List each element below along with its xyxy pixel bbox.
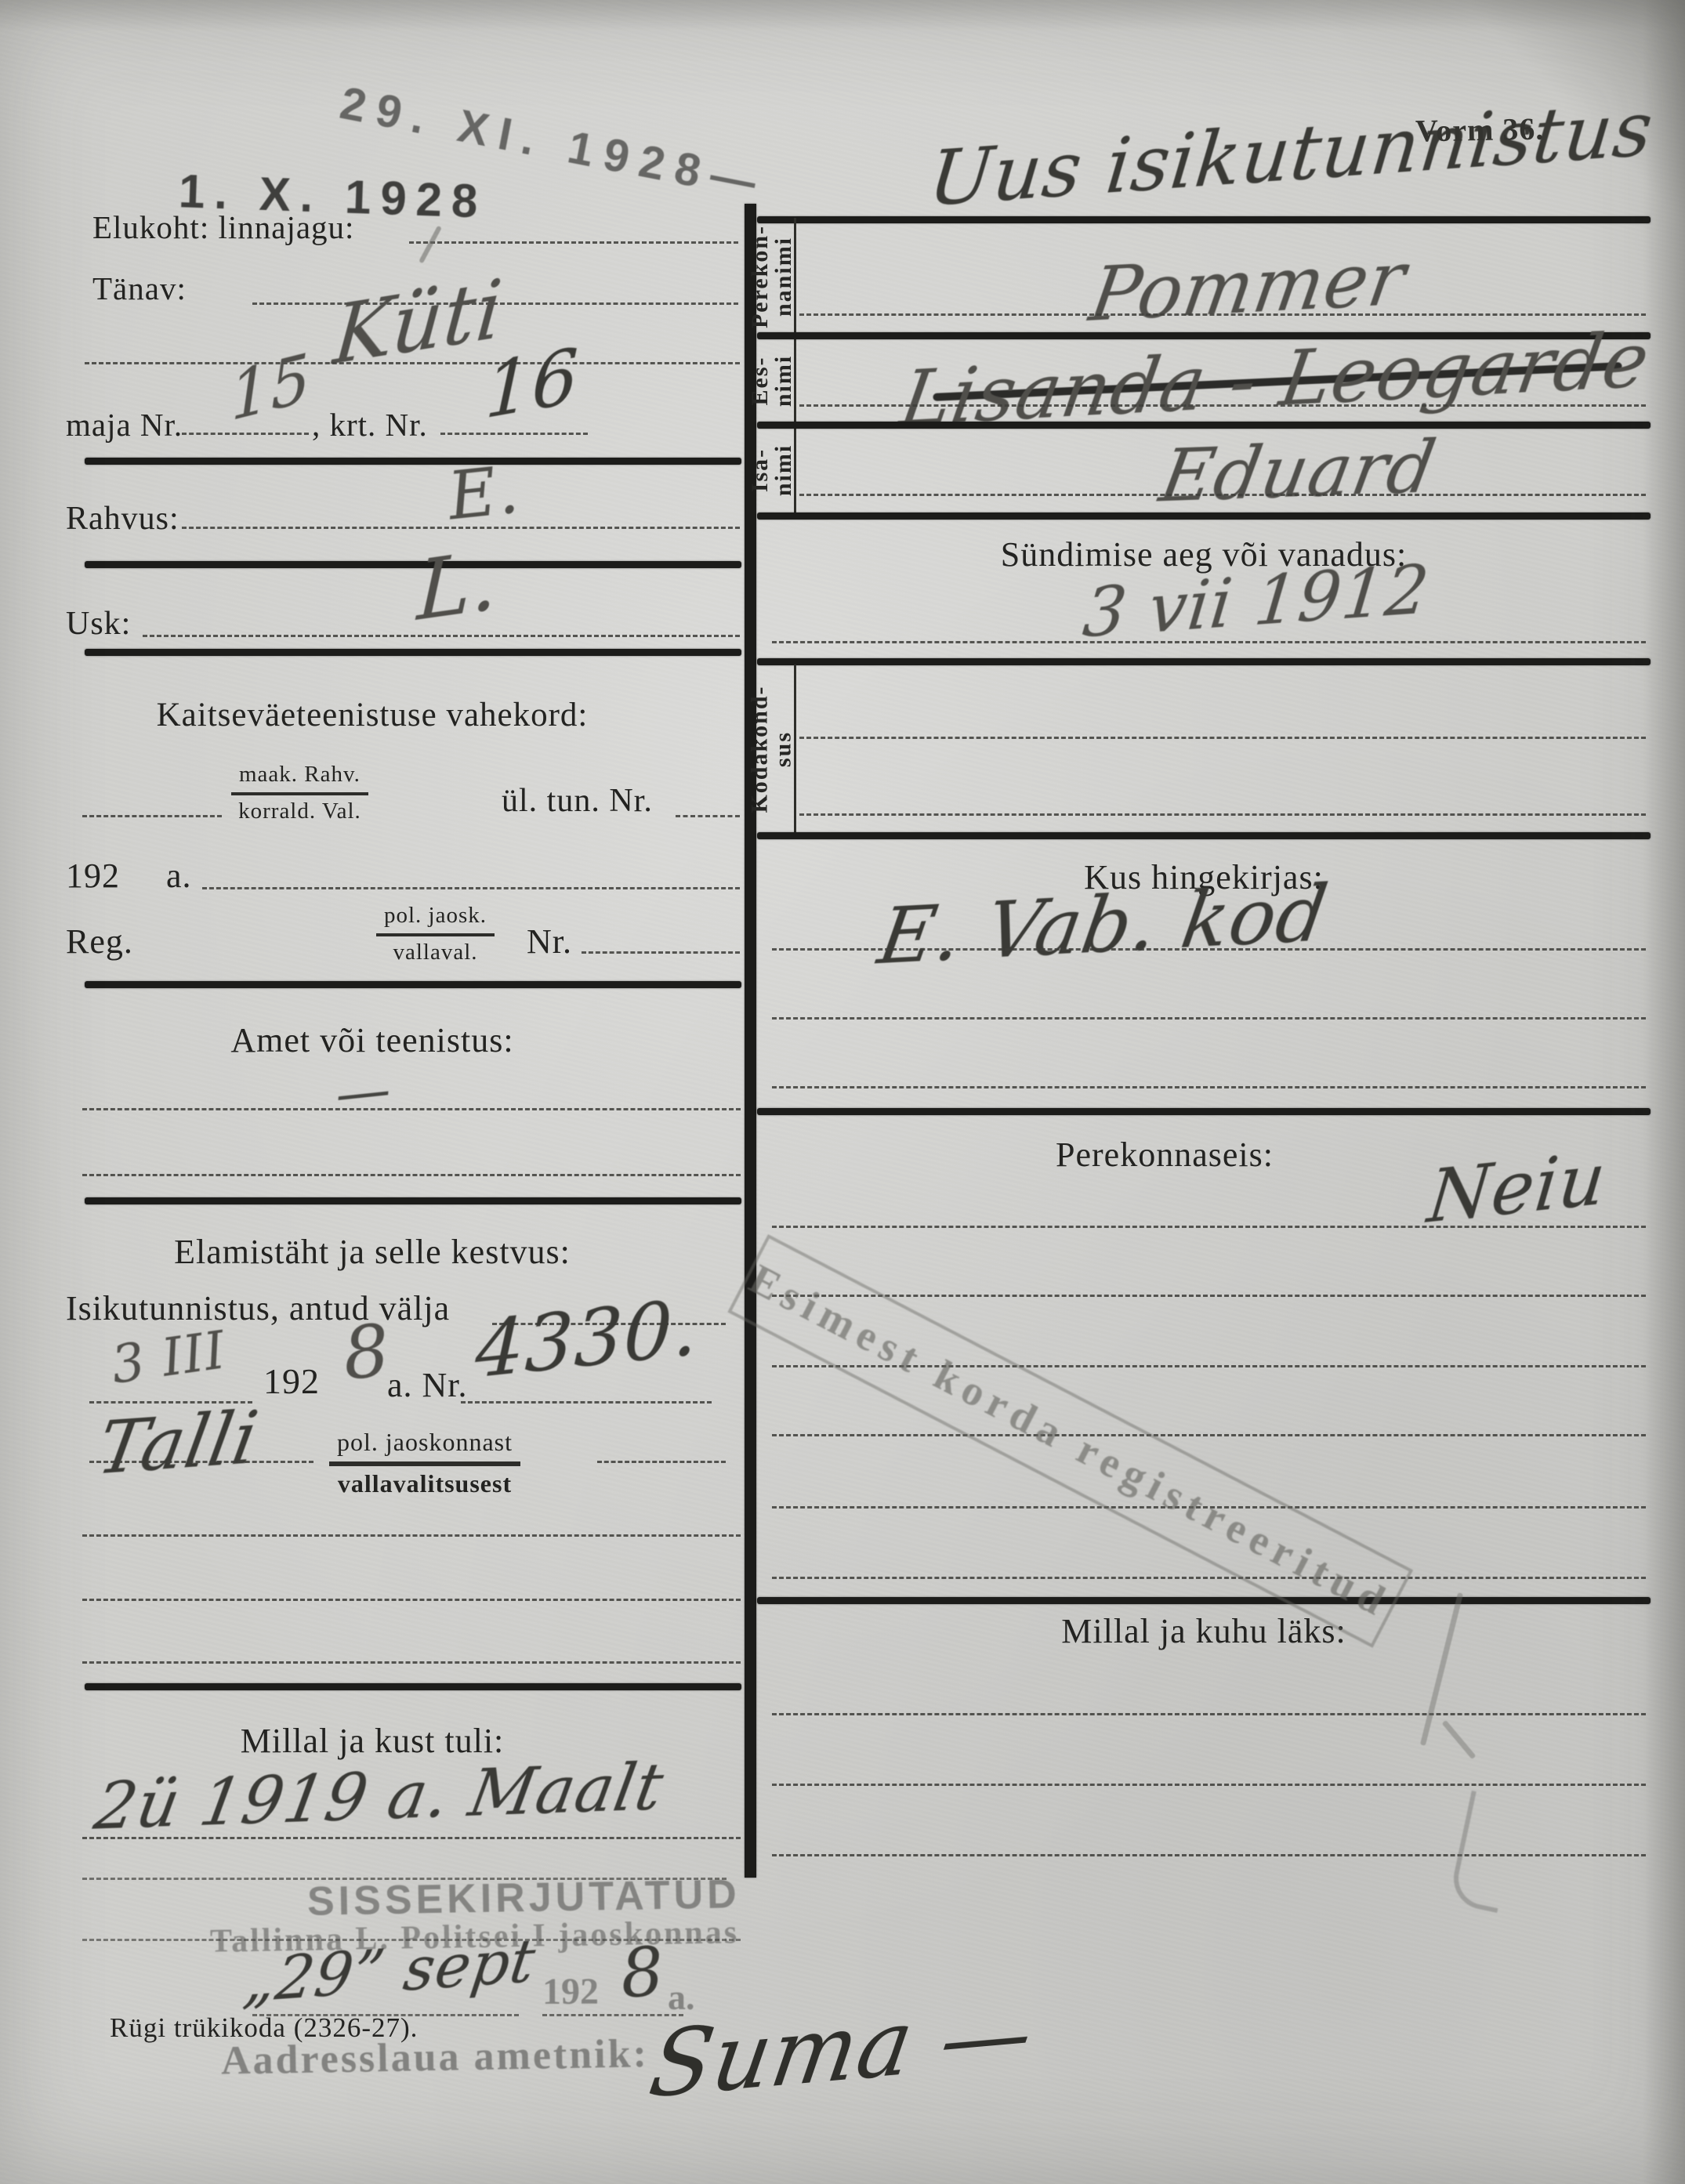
reg-8-value: 8 [618, 1932, 668, 2014]
tanav-value: Küti [330, 261, 506, 383]
eesnimi-label: Ees- nimi [748, 355, 795, 407]
divider [85, 1683, 741, 1690]
divider [757, 1108, 1651, 1115]
form-number: Vorm 36. [1415, 110, 1545, 150]
pol-jaosk-label: pol. jaosk. [376, 903, 495, 936]
rahvus-label: Rahvus: [66, 500, 179, 538]
ul-tun-nr-label: ül. tun. Nr. [502, 782, 653, 820]
perekonnaseis-line [772, 1226, 1646, 1228]
pol-jaoskonnast-fraction: pol. jaoskonnast vallavalitsusest [329, 1428, 520, 1498]
issued-place-line [89, 1461, 313, 1463]
ul-tun-nr-line [676, 815, 740, 817]
label-separator [794, 665, 796, 834]
kodakondsus-line-1 [799, 737, 1646, 739]
divider [85, 649, 741, 656]
pol-jaosk-fraction: pol. jaosk. vallaval. [376, 903, 495, 965]
blank-line [772, 1784, 1646, 1786]
divider [757, 422, 1651, 429]
amet-line-1 [82, 1108, 741, 1110]
divider [85, 458, 741, 465]
kaitse-line-left [82, 815, 222, 817]
divider [85, 561, 741, 568]
isikutunnistus-label: Isikutunnistus, antud välja [66, 1288, 450, 1328]
scanned-form-page: 29. XI. 1928— 1. X. 1928 Uus isikutunnis… [0, 0, 1685, 2184]
diagonal-stamp-text: Esimest korda registreeritud [742, 1255, 1399, 1628]
issued-192-label: 192 [263, 1360, 320, 1402]
issued-nr-value: 4330. [474, 1283, 700, 1396]
blank-line [772, 1854, 1646, 1856]
year-line [202, 887, 740, 889]
reg-192-label: 192 [542, 1970, 599, 2013]
kaitse-heading: Kaitseväeteenistuse vahekord: [82, 696, 662, 734]
blank-line [772, 1086, 1646, 1088]
amet-line-2 [82, 1174, 741, 1176]
divider [85, 1197, 741, 1204]
isanimi-label: Isa- nimi [748, 444, 795, 496]
sundimine-line [772, 641, 1646, 643]
pencil-check-mark-2 [1442, 1720, 1477, 1759]
reg-label: Reg. [66, 922, 133, 962]
usk-value: L. [415, 531, 499, 639]
blank-line [772, 1295, 1646, 1297]
elukoht-label: Elukoht: linnajagu: [92, 208, 354, 246]
issued-8-value: 8 [339, 1309, 393, 1396]
krt-nr-label: , krt. Nr. [312, 406, 428, 444]
blank-line [772, 1434, 1646, 1436]
tanav-label: Tänav: [92, 270, 187, 307]
blank-line [82, 1599, 741, 1601]
pencil-slash-mark [419, 226, 442, 264]
krt-nr-value: 16 [484, 332, 581, 436]
kodakondsus-line-2 [799, 813, 1646, 816]
blank-line [772, 1713, 1646, 1715]
maja-nr-value: 15 [229, 340, 313, 436]
maja-nr-label: maja Nr. [66, 406, 183, 444]
divider [757, 512, 1651, 520]
krt-nr-line [440, 433, 588, 435]
vallaval-label: vallaval. [376, 936, 495, 965]
issued-day-value: 3 III [107, 1320, 229, 1396]
perekonnanimi-label-box: Perekon- nanimi [751, 221, 793, 332]
kodakondsus-label: Kodakond- sus [748, 685, 795, 813]
issued-nr-line [461, 1401, 712, 1403]
elukoht-line [409, 241, 738, 244]
year-192-label: 192 [66, 856, 120, 896]
kus-hingekirjas-line [772, 948, 1646, 951]
perekonnanimi-value: Pommer [1085, 236, 1412, 339]
isanimi-label-box: Isa- nimi [751, 428, 793, 512]
millal-tuli-line [82, 1837, 741, 1839]
divider [757, 832, 1651, 839]
usk-label: Usk: [66, 605, 131, 643]
maak-rahv-label: maak. Rahv. [231, 762, 368, 795]
isanimi-value: Eduard [1154, 425, 1443, 519]
korrald-val-label: korrald. Val. [231, 795, 368, 824]
millal-laks-heading: Millal ja kuhu läks: [812, 1611, 1596, 1651]
divider [85, 981, 741, 988]
isanimi-line [799, 494, 1646, 496]
issued-a-nr-label: a. Nr. [387, 1365, 468, 1405]
kodakondsus-label-box: Kodakond- sus [751, 665, 793, 834]
perekonnanimi-line [799, 313, 1646, 316]
divider [757, 658, 1651, 665]
issued-place-value: Talli [92, 1395, 265, 1491]
issued-place-line-2 [597, 1461, 726, 1463]
eesnimi-label-box: Ees- nimi [751, 339, 793, 423]
amet-heading: Amet või teenistus: [82, 1020, 662, 1060]
elamistaht-heading: Elamistäht ja selle kestvus: [82, 1232, 662, 1272]
blank-line [82, 1661, 741, 1664]
eesnimi-line [799, 404, 1646, 407]
blank-line [82, 1534, 741, 1537]
amet-value: — [332, 1057, 394, 1127]
pencil-loop-mark [1448, 1791, 1521, 1913]
blank-line [772, 1577, 1646, 1579]
reg-nr-line [582, 951, 740, 954]
vallavalitsusest-label: vallavalitsusest [329, 1466, 520, 1498]
maak-rahv-fraction: maak. Rahv. korrald. Val. [231, 762, 368, 824]
millal-tuli-value: 2ü 1919 a. Maalt [89, 1750, 669, 1845]
reg-nr-label: Nr. [527, 922, 572, 962]
blank-line [772, 1017, 1646, 1020]
ametnik-stamp: Aadresslaua ametnik: [221, 2030, 650, 2084]
divider [757, 1597, 1651, 1604]
pol-jaoskonnast-label: pol. jaoskonnast [329, 1428, 520, 1466]
rahvus-value: E. [444, 451, 523, 535]
divider [757, 216, 1651, 223]
paper-edge-top [0, 0, 1685, 31]
perekonnaseis-heading: Perekonnaseis: [812, 1135, 1517, 1175]
clerk-signature: Suma — [643, 1979, 1041, 2120]
tanav-line-2 [85, 362, 740, 364]
perekonnanimi-label: Perekon- nanimi [748, 225, 795, 328]
year-a-label: a. [166, 856, 192, 896]
